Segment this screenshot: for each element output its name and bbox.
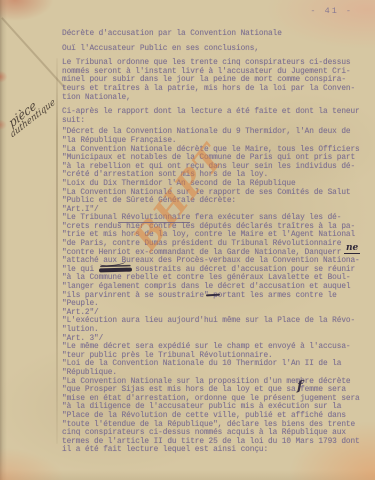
handwritten-margin-note: pièce authentique — [1, 89, 57, 139]
typed-paragraph: Le Tribunal ordonne que les trente cinq … — [62, 59, 374, 102]
paper-corner-crease — [1, 17, 66, 89]
ink-strikethrough — [99, 268, 132, 273]
scanned-document-page: - 41 - Décrète d'accusation par la Conve… — [0, 0, 375, 480]
typed-paragraph: Ouï l'Accusateur Public en ses conclusio… — [62, 45, 374, 54]
paper-fold-crease — [56, 58, 58, 444]
typed-underline — [118, 222, 190, 223]
page-number: - 41 - — [310, 6, 353, 16]
typed-paragraph: Décrète d'accusation par la Convention N… — [62, 30, 374, 39]
ink-correction-text: ne — [344, 243, 360, 254]
typewritten-text-block: Décrète d'accusation par la Convention N… — [62, 30, 374, 455]
typed-paragraph: Ci-après le rapport dont la lecture a ét… — [62, 108, 374, 125]
ink-correction-letter: f — [297, 379, 303, 394]
